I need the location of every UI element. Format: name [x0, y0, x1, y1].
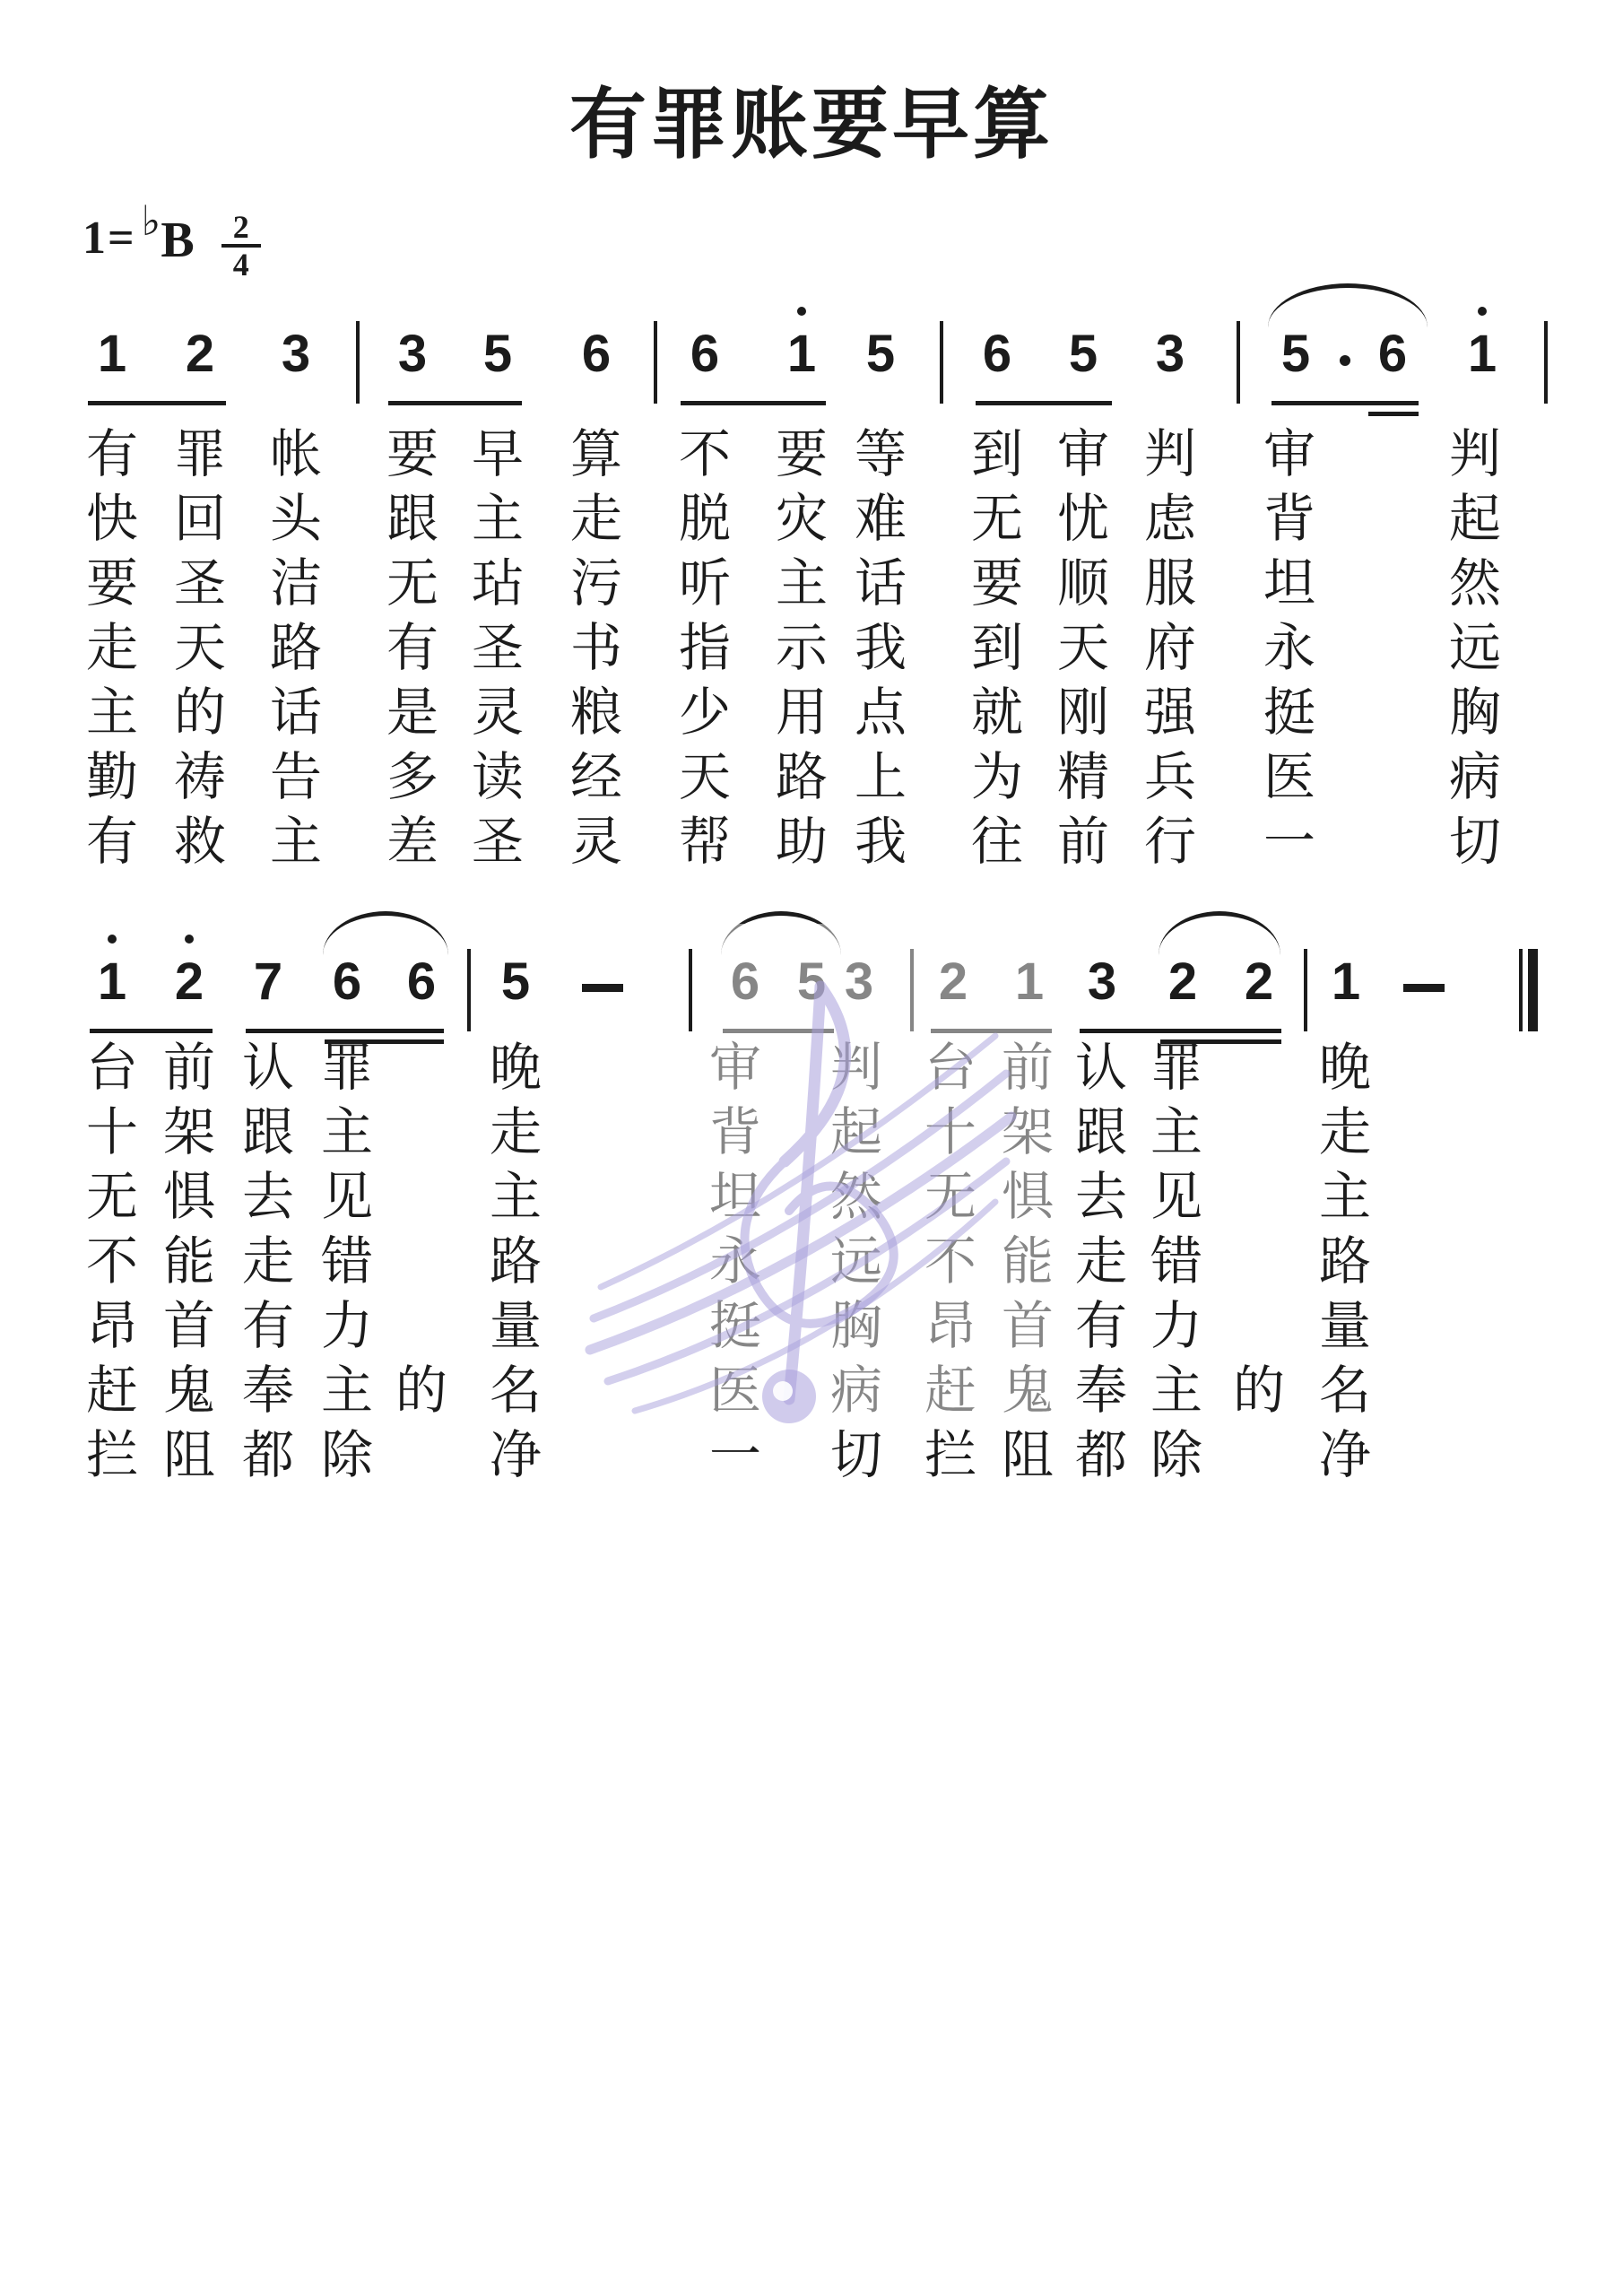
lyric-char: 天: [174, 622, 226, 674]
lyric-char: 审: [1263, 429, 1315, 481]
lyric-char: 路: [1319, 1236, 1371, 1288]
slur-arc: [1159, 911, 1280, 955]
note-digit: 5: [483, 328, 512, 380]
lyric-char: 切: [830, 1430, 882, 1482]
time-unit: 4: [233, 249, 249, 280]
lyric-char: 跟: [242, 1107, 294, 1159]
lyric-char: 粮: [570, 687, 622, 739]
lyric-char: 为: [971, 752, 1023, 804]
octave-dot: [1478, 307, 1487, 316]
lyric-char: 赶: [924, 1365, 976, 1417]
lyric-char: 虑: [1144, 493, 1196, 545]
lyric-char: 主: [490, 1171, 542, 1223]
lyric-char: 用: [776, 687, 828, 739]
lyric-char: 量: [490, 1300, 542, 1352]
lyric-char: 然: [1449, 558, 1501, 610]
lyric-char: 祷: [174, 752, 226, 804]
lyric-char: 净: [1319, 1430, 1371, 1482]
note-digit: 1: [1332, 956, 1360, 1008]
lyric-char: 前: [163, 1042, 215, 1094]
lyric-char: 永: [1263, 622, 1315, 674]
lyric-char: 告: [270, 752, 322, 804]
lyric-char: 病: [830, 1365, 882, 1417]
eighth-beam: [681, 401, 826, 405]
lyric-char: 十: [86, 1107, 138, 1159]
lyric-char: 读: [472, 752, 524, 804]
lyric-char: 起: [830, 1107, 882, 1159]
lyric-char: 奉: [242, 1365, 294, 1417]
lyric-char: 灵: [570, 816, 622, 868]
lyric-char: 拦: [86, 1430, 138, 1482]
eighth-beam: [246, 1029, 444, 1033]
final-barline-thin: [1519, 949, 1523, 1031]
lyric-char: 罪: [174, 429, 226, 481]
lyric-char: 永: [709, 1236, 761, 1288]
lyric-char: 是: [386, 687, 438, 739]
lyric-char: 昂: [86, 1300, 138, 1352]
lyric-char: 惧: [1002, 1171, 1054, 1223]
lyric-char: 刚: [1057, 687, 1109, 739]
lyric-char: 有: [86, 429, 138, 481]
note-digit: 2: [939, 956, 968, 1008]
eighth-beam: [1080, 1029, 1281, 1033]
lyric-char: 架: [163, 1107, 215, 1159]
lyric-char: 审: [709, 1042, 761, 1094]
barline: [467, 949, 471, 1031]
lyric-char: 点: [855, 687, 907, 739]
barline: [940, 321, 943, 404]
lyric-char: 惧: [163, 1171, 215, 1223]
lyric-char: 除: [1150, 1430, 1202, 1482]
lyric-char: 主: [1150, 1107, 1202, 1159]
sixteenth-beam: [1368, 412, 1419, 416]
lyric-char: 走: [570, 493, 622, 545]
lyric-char: 昂: [924, 1300, 976, 1352]
lyric-char: 去: [1075, 1171, 1127, 1223]
lyric-char: 天: [679, 752, 731, 804]
lyric-char: 无: [386, 558, 438, 610]
lyric-char: 远: [830, 1236, 882, 1288]
lyric-char: 都: [1075, 1430, 1127, 1482]
lyric-char: 帐: [270, 429, 322, 481]
lyric-char: 阻: [163, 1430, 215, 1482]
note-digit: 3: [1156, 328, 1185, 380]
lyric-char: 少: [679, 687, 731, 739]
slur-arc: [323, 911, 448, 955]
lyric-char: 胸: [830, 1300, 882, 1352]
lyric-char: 鬼: [1002, 1365, 1054, 1417]
song-title: 有罪账要早算: [0, 86, 1623, 163]
key-letter: B: [161, 215, 194, 265]
note-digit: 6: [1378, 328, 1407, 380]
lyric-char: 走: [86, 622, 138, 674]
lyric-char: 背: [1263, 493, 1315, 545]
note-digit: 3: [398, 328, 427, 380]
barline: [689, 949, 692, 1031]
lyric-char: 不: [924, 1236, 976, 1288]
lyric-char: 起: [1449, 493, 1501, 545]
barline: [910, 949, 914, 1031]
lyric-char: 主: [321, 1107, 373, 1159]
lyric-char: 路: [490, 1236, 542, 1288]
augmentation-dot: [1340, 355, 1350, 366]
note-digit: 2: [175, 956, 204, 1008]
barline: [654, 321, 657, 404]
lyric-char: 顺: [1057, 558, 1109, 610]
key-prefix: 1=: [82, 215, 136, 262]
barline: [1237, 321, 1240, 404]
note-digit: 6: [983, 328, 1011, 380]
note-digit: 2: [1245, 956, 1273, 1008]
lyric-char: 往: [971, 816, 1023, 868]
lyric-char: 奉: [1075, 1365, 1127, 1417]
lyric-char: 经: [570, 752, 622, 804]
lyric-char: 要: [86, 558, 138, 610]
lyric-char: 的: [174, 687, 226, 739]
lyric-char: 主: [86, 687, 138, 739]
octave-dot: [108, 935, 117, 944]
lyric-char: 医: [1263, 752, 1315, 804]
note-digit: 2: [1168, 956, 1197, 1008]
slur-arc: [721, 911, 841, 955]
lyric-char: 医: [709, 1365, 761, 1417]
lyric-char: 忧: [1057, 493, 1109, 545]
note-digit: 1: [98, 956, 126, 1008]
lyric-char: 救: [174, 816, 226, 868]
lyric-char: 一: [1263, 816, 1315, 868]
lyric-char: 名: [490, 1365, 542, 1417]
lyric-char: 首: [163, 1300, 215, 1352]
note-digit: 3: [845, 956, 873, 1008]
lyric-char: 有: [242, 1300, 294, 1352]
lyric-char: 罪: [321, 1042, 373, 1094]
note-digit: 2: [186, 328, 214, 380]
lyric-char: 有: [386, 622, 438, 674]
lyric-char: 挺: [1263, 687, 1315, 739]
lyric-char: 力: [1150, 1300, 1202, 1352]
lyric-char: 多: [386, 752, 438, 804]
lyric-char: 要: [386, 429, 438, 481]
lyric-char: 远: [1449, 622, 1501, 674]
eighth-beam: [976, 401, 1112, 405]
eighth-beam: [723, 1029, 834, 1033]
lyric-char: 指: [679, 622, 731, 674]
eighth-beam: [388, 401, 522, 405]
lyric-char: 名: [1319, 1365, 1371, 1417]
lyric-char: 挺: [709, 1300, 761, 1352]
lyric-char: 路: [776, 752, 828, 804]
lyric-char: 助: [776, 816, 828, 868]
lyric-char: 病: [1449, 752, 1501, 804]
lyric-char: 前: [1002, 1042, 1054, 1094]
note-digit: 1: [98, 328, 126, 380]
lyric-char: 去: [242, 1171, 294, 1223]
lyric-char: 听: [679, 558, 731, 610]
note-digit: 6: [582, 328, 611, 380]
duration-dash: [582, 984, 623, 992]
lyric-char: 坦: [709, 1171, 761, 1223]
lyric-char: 要: [971, 558, 1023, 610]
eighth-beam: [1271, 401, 1419, 405]
lyric-char: 主: [472, 493, 524, 545]
lyric-char: 府: [1144, 622, 1196, 674]
lyric-char: 见: [321, 1171, 373, 1223]
lyric-char: 罪: [1150, 1042, 1202, 1094]
note-digit: 6: [407, 956, 436, 1008]
time-signature: 2 4: [221, 212, 261, 280]
lyric-char: 见: [1150, 1171, 1202, 1223]
lyric-char: 然: [830, 1171, 882, 1223]
note-digit: 1: [1468, 328, 1497, 380]
note-digit: 7: [254, 956, 282, 1008]
barline: [1544, 321, 1548, 404]
lyric-char: 算: [570, 429, 622, 481]
lyric-char: 晚: [490, 1042, 542, 1094]
lyric-char: 帮: [679, 816, 731, 868]
barline: [356, 321, 360, 404]
lyric-char: 切: [1449, 816, 1501, 868]
lyric-char: 判: [1449, 429, 1501, 481]
lyric-char: 灵: [472, 687, 524, 739]
lyric-char: 都: [242, 1430, 294, 1482]
note-digit: 5: [1069, 328, 1098, 380]
lyric-char: 路: [270, 622, 322, 674]
lyric-char: 十: [924, 1107, 976, 1159]
lyric-char: 主: [270, 816, 322, 868]
lyric-char: 到: [971, 622, 1023, 674]
lyric-char: 审: [1057, 429, 1109, 481]
octave-dot: [797, 307, 806, 316]
lyric-char: 晚: [1319, 1042, 1371, 1094]
lyric-char: 差: [386, 816, 438, 868]
lyric-char: 我: [855, 816, 907, 868]
note-digit: 5: [866, 328, 895, 380]
lyric-char: 台: [86, 1042, 138, 1094]
lyric-char: 无: [924, 1171, 976, 1223]
lyric-char: 拦: [924, 1430, 976, 1482]
lyric-char: 玷: [472, 558, 524, 610]
time-beats: 2: [233, 212, 249, 242]
lyric-char: 赶: [86, 1365, 138, 1417]
lyric-char: 错: [1150, 1236, 1202, 1288]
sheet-music-page: 有罪账要早算 1= ♭ B 2 4 123356615653561有罪帐要早算不…: [0, 0, 1623, 2296]
lyric-char: 主: [321, 1365, 373, 1417]
lyric-char: 无: [86, 1171, 138, 1223]
lyric-char: 一: [709, 1430, 761, 1482]
duration-dash: [1403, 984, 1445, 992]
lyric-char: 行: [1144, 816, 1196, 868]
lyric-char: 脱: [679, 493, 731, 545]
lyric-char: 认: [242, 1042, 294, 1094]
lyric-char: 力: [321, 1300, 373, 1352]
key-signature: 1= ♭ B 2 4: [82, 215, 261, 283]
lyric-char: 话: [270, 687, 322, 739]
note-digit: 3: [1088, 956, 1116, 1008]
lyric-char: 有: [86, 816, 138, 868]
final-barline-thick: [1528, 949, 1538, 1031]
lyric-char: 的: [1233, 1365, 1285, 1417]
lyric-char: 走: [1075, 1236, 1127, 1288]
lyric-char: 量: [1319, 1300, 1371, 1352]
lyric-char: 天: [1057, 622, 1109, 674]
lyric-char: 走: [242, 1236, 294, 1288]
lyric-char: 鬼: [163, 1365, 215, 1417]
note-digit: 1: [787, 328, 816, 380]
note-digit: 6: [690, 328, 719, 380]
note-digit: 6: [731, 956, 759, 1008]
lyric-char: 污: [570, 558, 622, 610]
lyric-char: 主: [776, 558, 828, 610]
lyric-char: 等: [855, 429, 907, 481]
lyric-char: 跟: [1075, 1107, 1127, 1159]
lyric-char: 圣: [174, 558, 226, 610]
flat-sign-icon: ♭: [142, 201, 161, 242]
lyric-char: 除: [321, 1430, 373, 1482]
octave-dot: [185, 935, 194, 944]
lyric-char: 判: [830, 1042, 882, 1094]
lyric-char: 背: [709, 1107, 761, 1159]
lyric-char: 胸: [1449, 687, 1501, 739]
lyric-char: 能: [163, 1236, 215, 1288]
lyric-char: 主: [1319, 1171, 1371, 1223]
lyric-char: 走: [490, 1107, 542, 1159]
lyric-char: 能: [1002, 1236, 1054, 1288]
lyric-char: 快: [86, 493, 138, 545]
eighth-beam: [931, 1029, 1052, 1033]
lyric-char: 难: [855, 493, 907, 545]
note-digit: 5: [501, 956, 530, 1008]
lyric-char: 认: [1075, 1042, 1127, 1094]
note-digit: 5: [1281, 328, 1310, 380]
lyric-char: 圣: [472, 622, 524, 674]
lyric-char: 灾: [776, 493, 828, 545]
lyric-char: 的: [395, 1365, 447, 1417]
lyric-char: 跟: [386, 493, 438, 545]
lyric-char: 阻: [1002, 1430, 1054, 1482]
lyric-char: 示: [776, 622, 828, 674]
lyric-char: 错: [321, 1236, 373, 1288]
lyric-char: 要: [776, 429, 828, 481]
lyric-char: 不: [86, 1236, 138, 1288]
note-digit: 1: [1015, 956, 1044, 1008]
lyric-char: 无: [971, 493, 1023, 545]
lyric-char: 走: [1319, 1107, 1371, 1159]
lyric-char: 首: [1002, 1300, 1054, 1352]
lyric-char: 强: [1144, 687, 1196, 739]
lyric-char: 精: [1057, 752, 1109, 804]
eighth-beam: [88, 401, 226, 405]
note-digit: 3: [282, 328, 310, 380]
lyric-char: 洁: [270, 558, 322, 610]
lyric-char: 我: [855, 622, 907, 674]
lyric-char: 书: [570, 622, 622, 674]
note-digit: 6: [333, 956, 361, 1008]
lyric-char: 头: [270, 493, 322, 545]
barline: [1304, 949, 1307, 1031]
lyric-char: 前: [1057, 816, 1109, 868]
lyric-char: 有: [1075, 1300, 1127, 1352]
slur-arc: [1268, 283, 1428, 327]
lyric-char: 兵: [1144, 752, 1196, 804]
lyric-char: 净: [490, 1430, 542, 1482]
lyric-char: 判: [1144, 429, 1196, 481]
lyric-char: 不: [679, 429, 731, 481]
lyric-char: 回: [174, 493, 226, 545]
eighth-beam: [90, 1029, 213, 1033]
lyric-char: 坦: [1263, 558, 1315, 610]
lyric-char: 上: [855, 752, 907, 804]
lyric-char: 主: [1150, 1365, 1202, 1417]
lyric-char: 到: [971, 429, 1023, 481]
lyric-char: 圣: [472, 816, 524, 868]
note-digit: 5: [797, 956, 826, 1008]
lyric-char: 服: [1144, 558, 1196, 610]
lyric-char: 台: [924, 1042, 976, 1094]
lyric-char: 话: [855, 558, 907, 610]
lyric-char: 架: [1002, 1107, 1054, 1159]
lyric-char: 早: [472, 429, 524, 481]
lyric-char: 就: [971, 687, 1023, 739]
lyric-char: 勤: [86, 752, 138, 804]
